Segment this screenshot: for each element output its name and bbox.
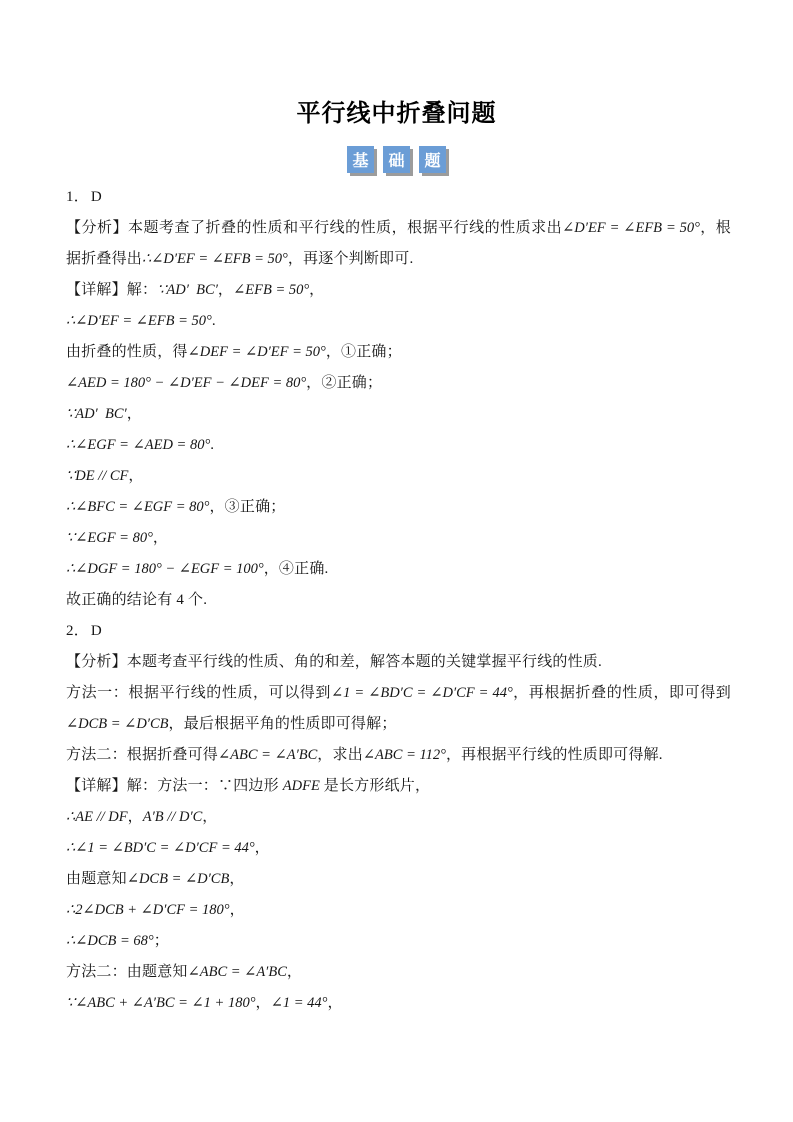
solution-line: 【详解】解：∵AD′ BC′，∠EFB = 50°，	[66, 275, 731, 306]
text-run: ，	[128, 468, 143, 484]
problem-1: 1．D 【分析】本题考查了折叠的性质和平行线的性质，根据平行线的性质求出∠D′E…	[66, 182, 731, 616]
math-run: ∴∠1 = ∠BD′C = ∠D′CF = 44°	[66, 840, 255, 856]
text-run: ；	[154, 933, 169, 949]
text-run: 方法一：根据平行线的性质，可以得到	[66, 685, 331, 701]
text-run: 故正确的结论有 4 个.	[66, 592, 207, 608]
solution-line: ∴∠DCB = 68°；	[66, 926, 731, 957]
text-run: .	[210, 437, 214, 453]
text-run: 【分析】本题考查了折叠的性质和平行线的性质，根据平行线的性质求出	[66, 220, 562, 236]
solution-line: ∴2∠DCB + ∠D′CF = 180°，	[66, 895, 731, 926]
solution-line: ∴∠DGF = 180° − ∠EGF = 100°，④正确.	[66, 554, 731, 585]
math-run: ∠AED = 180° − ∠D′EF − ∠DEF = 80°	[66, 375, 306, 391]
analysis-paragraph: 【分析】本题考查了折叠的性质和平行线的性质，根据平行线的性质求出∠D′EF = …	[66, 213, 731, 275]
problem-number: 2．	[66, 623, 89, 639]
text-run: 方法二：根据折叠可得	[66, 747, 218, 763]
text-run: ，	[327, 995, 342, 1011]
text-run: ，④正确.	[264, 561, 329, 577]
solution-line: ∴∠1 = ∠BD′C = ∠D′CF = 44°，	[66, 833, 731, 864]
math-run: ∴∠EGF = ∠AED = 80°	[66, 437, 210, 453]
math-run: ∠DCB = ∠D′CB	[66, 716, 169, 732]
solution-line: ∴∠EGF = ∠AED = 80°.	[66, 430, 731, 461]
text-run: ，再逐个判断即可.	[288, 251, 414, 267]
solution-line: 【详解】解：方法一：∵四边形 ADFE 是长方形纸片，	[66, 771, 731, 802]
solution-line: ∵DE // CF，	[66, 461, 731, 492]
solution-line: ∵∠ABC + ∠A′BC = ∠1 + 180°，∠1 = 44°，	[66, 988, 731, 1019]
solution-line: ∠AED = 180° − ∠D′EF − ∠DEF = 80°，②正确；	[66, 368, 731, 399]
solution-line: ∴∠BFC = ∠EGF = 80°，③正确；	[66, 492, 731, 523]
solution-line: 由题意知∠DCB = ∠D′CB，	[66, 864, 731, 895]
math-run: A′B // D′C	[143, 809, 203, 825]
text-run: .	[212, 313, 216, 329]
math-run: ∴∠D′EF = ∠EFB = 50°	[142, 251, 288, 267]
math-run: ∠ABC = 112°	[363, 747, 446, 763]
math-run: ∴∠BFC = ∠EGF = 80°	[66, 499, 209, 515]
document-page: 平行线中折叠问题 基 础 题 1．D 【分析】本题考查了折叠的性质和平行线的性质…	[0, 0, 793, 1122]
text-run: ，求出	[317, 747, 363, 763]
text-run: 【分析】本题考查平行线的性质、角的和差，解答本题的关键掌握平行线的性质.	[66, 654, 602, 670]
text-run: ，最后根据平角的性质即可得解；	[169, 716, 397, 732]
text-run: ，	[218, 282, 233, 298]
document-title: 平行线中折叠问题	[0, 93, 793, 128]
text-run: ，	[202, 809, 217, 825]
math-run: ∴∠D′EF = ∠EFB = 50°	[66, 313, 212, 329]
badge-char-2: 础	[383, 146, 410, 173]
problem-1-answer-line: 1．D	[66, 182, 731, 213]
text-run: ，	[230, 902, 245, 918]
math-run: ∵AD′ BC′	[157, 282, 218, 298]
math-run: ∵∠ABC + ∠A′BC = ∠1 + 180°	[66, 995, 256, 1011]
math-run: ∠ABC = ∠A′BC	[218, 747, 317, 763]
text-run: 是长方形纸片，	[320, 778, 430, 794]
method-2-paragraph: 方法二：根据折叠可得∠ABC = ∠A′BC，求出∠ABC = 112°，再根据…	[66, 740, 731, 771]
text-run: ，	[255, 840, 270, 856]
text-run: ，	[287, 964, 302, 980]
document-content: 1．D 【分析】本题考查了折叠的性质和平行线的性质，根据平行线的性质求出∠D′E…	[66, 182, 731, 1019]
math-run: ∠D′EF = ∠EFB = 50°	[562, 220, 700, 236]
math-run: ∴2∠DCB + ∠D′CF = 180°	[66, 902, 230, 918]
badge-row: 基 础 题	[0, 146, 793, 173]
text-run: ，	[229, 871, 244, 887]
answer-letter: D	[91, 623, 102, 639]
text-run: ，	[256, 995, 271, 1011]
text-run: ，	[128, 809, 143, 825]
text-run: 由折叠的性质，得	[66, 344, 188, 360]
solution-line: ∵∠EGF = 80°，	[66, 523, 731, 554]
math-run: ∠1 = ∠BD′C = ∠D′CF = 44°	[331, 685, 513, 701]
text-run: ，③正确；	[209, 499, 285, 515]
text-run: ，②正确；	[306, 375, 382, 391]
badge-char-1: 基	[347, 146, 374, 173]
solution-line: ∴AE // DF，A′B // D′C，	[66, 802, 731, 833]
badge-char-3: 题	[419, 146, 446, 173]
problem-2-answer-line: 2．D	[66, 616, 731, 647]
math-run: ∠ABC = ∠A′BC	[188, 964, 287, 980]
answer-letter: D	[91, 189, 102, 205]
math-run: ∠EFB = 50°	[233, 282, 309, 298]
text-run: ，再根据折叠的性质，即可得到	[513, 685, 731, 701]
math-run: ∴∠DCB = 68°	[66, 933, 154, 949]
analysis-paragraph: 【分析】本题考查平行线的性质、角的和差，解答本题的关键掌握平行线的性质.	[66, 647, 731, 678]
text-run: ，	[153, 530, 168, 546]
text-run: ，	[309, 282, 324, 298]
problem-number: 1．	[66, 189, 89, 205]
math-run: ∠DEF = ∠D′EF = 50°	[188, 344, 326, 360]
solution-line: ∵AD′ BC′，	[66, 399, 731, 430]
math-run: ∵∠EGF = 80°	[66, 530, 153, 546]
text-run: 【详解】解：	[66, 282, 157, 298]
text-run: 由题意知	[66, 871, 127, 887]
text-run: ，①正确；	[326, 344, 402, 360]
conclusion-line: 故正确的结论有 4 个.	[66, 585, 731, 616]
solution-line: 由折叠的性质，得∠DEF = ∠D′EF = 50°，①正确；	[66, 337, 731, 368]
math-run: ∴AE // DF	[66, 809, 128, 825]
text-run: ，再根据平行线的性质即可得解.	[446, 747, 663, 763]
method-1-paragraph: 方法一：根据平行线的性质，可以得到∠1 = ∠BD′C = ∠D′CF = 44…	[66, 678, 731, 740]
math-run: ∵DE // CF	[66, 468, 128, 484]
text-run: 方法二：由题意知	[66, 964, 188, 980]
math-run: ∵AD′ BC′	[66, 406, 127, 422]
math-run: ADFE	[283, 778, 320, 794]
math-run: ∠1 = 44°	[271, 995, 328, 1011]
solution-line: ∴∠D′EF = ∠EFB = 50°.	[66, 306, 731, 337]
text-run: ，	[127, 406, 142, 422]
problem-2: 2．D 【分析】本题考查平行线的性质、角的和差，解答本题的关键掌握平行线的性质.…	[66, 616, 731, 1019]
math-run: ∴∠DGF = 180° − ∠EGF = 100°	[66, 561, 264, 577]
math-run: ∠DCB = ∠D′CB	[127, 871, 230, 887]
text-run: 【详解】解：方法一：∵四边形	[66, 778, 283, 794]
solution-line: 方法二：由题意知∠ABC = ∠A′BC，	[66, 957, 731, 988]
